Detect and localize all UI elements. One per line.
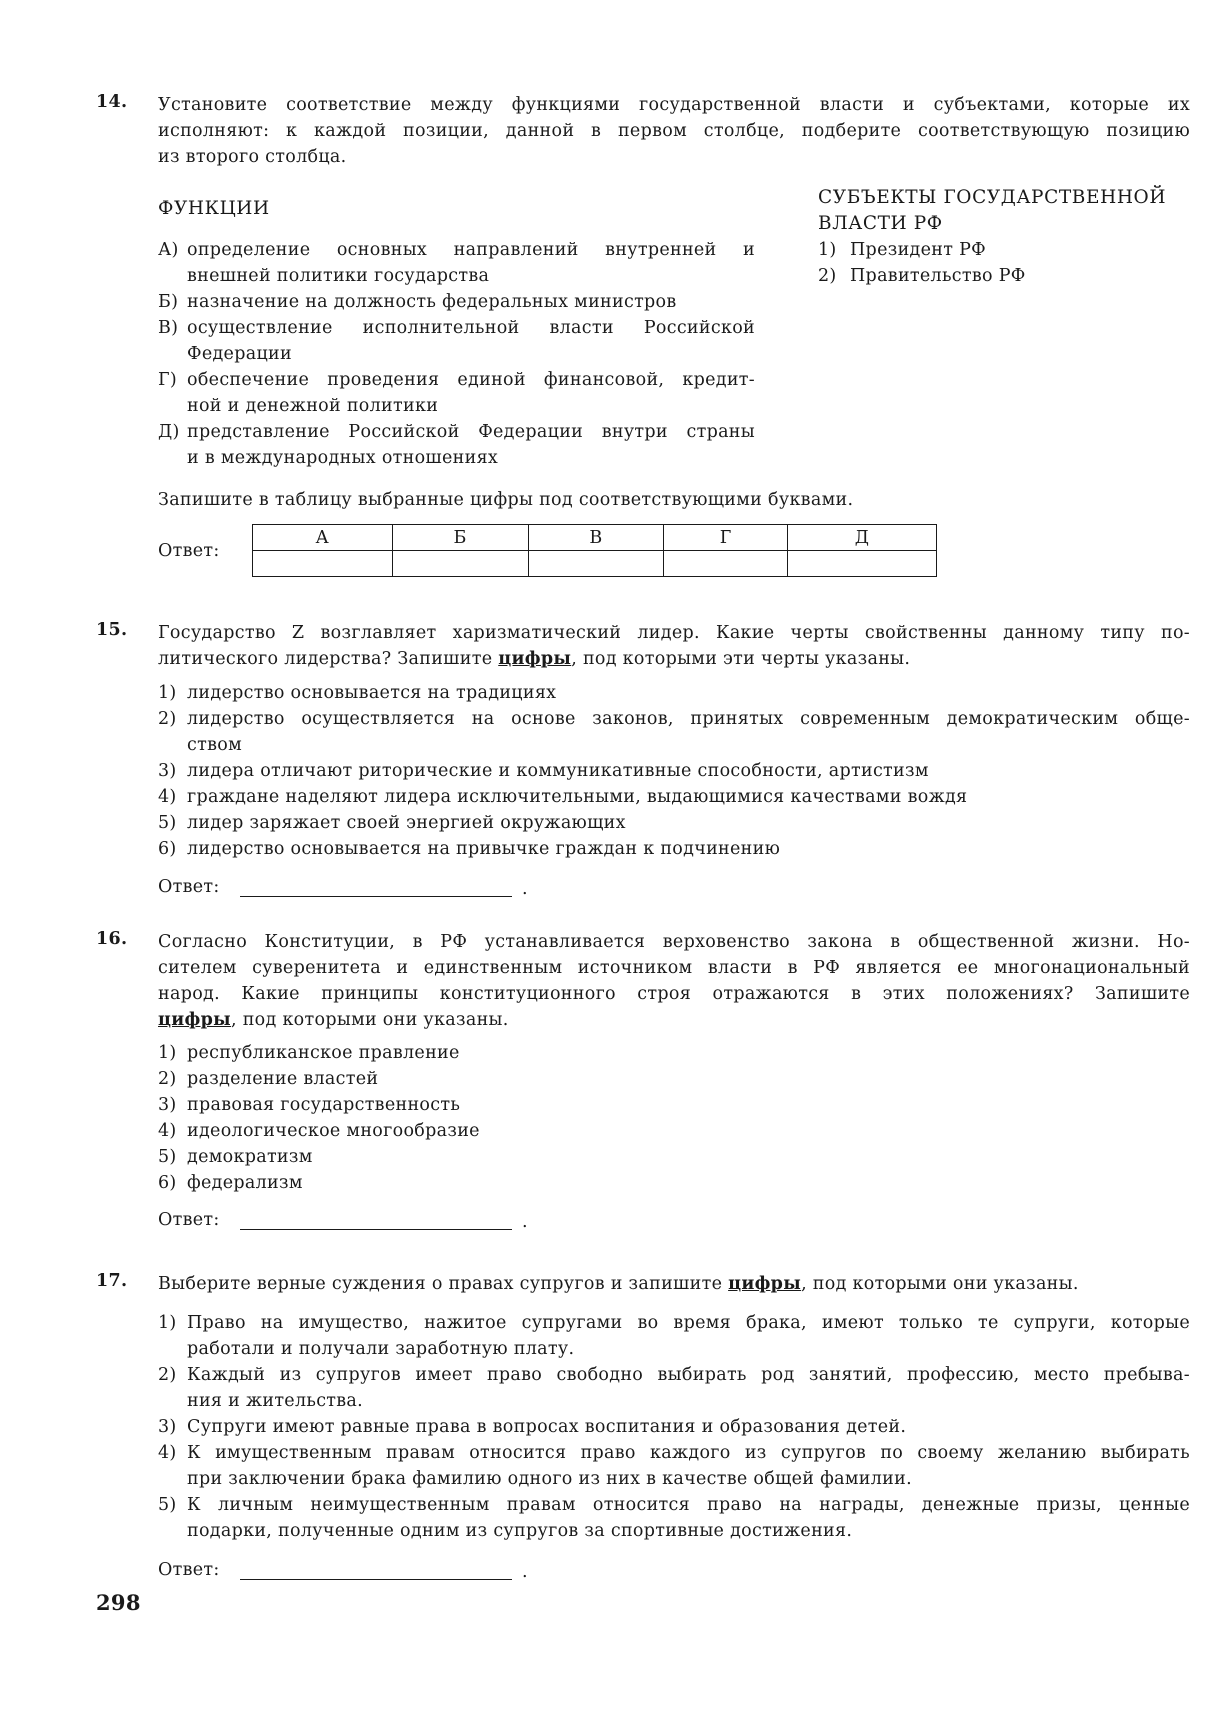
option-label: 1) <box>818 237 837 263</box>
option-text: работали и получали заработную плату. <box>187 1336 574 1362</box>
option-text: Супруги имеют равные права в вопросах во… <box>187 1414 906 1440</box>
table-header-cell: А <box>253 525 393 551</box>
option-text: демократизм <box>187 1144 313 1170</box>
question-text: Государство Z возглавляет харизматически… <box>158 620 1190 646</box>
answer-table: А Б В Г Д <box>252 524 937 577</box>
option-text: ния и жительства. <box>187 1388 363 1414</box>
answer-period: . <box>522 1209 528 1235</box>
question-number: 15. <box>96 620 127 640</box>
question-text: Согласно Конституции, в РФ устанавливает… <box>158 929 1190 955</box>
table-header-cell: Д <box>788 525 937 551</box>
option-label: 1) <box>158 1310 177 1336</box>
subjects-heading: СУБЪЕКТЫ ГОСУДАРСТВЕННОЙ <box>818 185 1166 211</box>
option-label: А) <box>158 237 179 263</box>
option-text: определение основных направлений внутрен… <box>187 237 755 263</box>
option-text: назначение на должность федеральных мини… <box>187 289 677 315</box>
question-text: цифры, под которыми они указаны. <box>158 1007 509 1033</box>
question-number: 16. <box>96 929 127 949</box>
option-label: Г) <box>158 367 177 393</box>
question-number: 17. <box>96 1271 127 1291</box>
emphasis-digits: цифры <box>158 1010 231 1030</box>
option-text: граждане наделяют лидера исключительными… <box>187 784 967 810</box>
functions-heading: ФУНКЦИИ <box>158 196 270 222</box>
option-text: К имущественным правам относится право к… <box>187 1440 1190 1466</box>
option-text: Каждый из супругов имеет право свободно … <box>187 1362 1190 1388</box>
option-text: обеспечение проведения единой финансовой… <box>187 367 755 393</box>
option-label: 2) <box>158 1066 177 1092</box>
option-text: федерализм <box>187 1170 303 1196</box>
question-text: сителем суверенитета и единственным исто… <box>158 955 1190 981</box>
option-text: правовая государственность <box>187 1092 460 1118</box>
option-text: ством <box>187 732 242 758</box>
page-number: 298 <box>96 1590 141 1615</box>
option-label: 2) <box>818 263 837 289</box>
option-text: представление Российской Федерации внутр… <box>187 419 755 445</box>
answer-label: Ответ: <box>158 1557 220 1583</box>
answer-cell-d[interactable] <box>788 551 937 577</box>
option-label: Б) <box>158 289 178 315</box>
answer-label: Ответ: <box>158 874 220 900</box>
option-label: 6) <box>158 836 177 862</box>
option-text: Правительство РФ <box>850 263 1026 289</box>
option-text: при заключении брака фамилию одного из н… <box>187 1466 912 1492</box>
emphasis-digits: цифры <box>498 649 571 669</box>
option-label: 4) <box>158 1118 177 1144</box>
question-text-part: Выберите верные суждения о правах супруг… <box>158 1274 728 1294</box>
answer-period: . <box>522 1559 528 1585</box>
answer-cell-g[interactable] <box>664 551 788 577</box>
answer-field[interactable] <box>240 1579 512 1580</box>
option-text: идеологическое многообразие <box>187 1118 480 1144</box>
option-text: лидер заряжает своей энергией окружающих <box>187 810 626 836</box>
option-text: осуществление исполнительной власти Росс… <box>187 315 755 341</box>
option-text: республиканское правление <box>187 1040 460 1066</box>
table-header-cell: В <box>528 525 664 551</box>
option-text: лидерство основывается на традициях <box>187 680 556 706</box>
question-number: 14. <box>96 92 127 112</box>
option-text: подарки, полученные одним из супругов за… <box>187 1518 852 1544</box>
option-label: 3) <box>158 1414 177 1440</box>
option-text: разделение властей <box>187 1066 378 1092</box>
question-text-part: , под которыми они указаны. <box>801 1274 1079 1294</box>
answer-cell-v[interactable] <box>528 551 664 577</box>
option-text: ной и денежной политики <box>187 393 438 419</box>
option-text: К личным неимущественным правам относитс… <box>187 1492 1190 1518</box>
option-label: 4) <box>158 784 177 810</box>
option-text: и в международных отношениях <box>187 445 498 471</box>
question-text: народ. Какие принципы конституционного с… <box>158 981 1190 1007</box>
option-label: 5) <box>158 1144 177 1170</box>
option-label: 5) <box>158 1492 177 1518</box>
answer-period: . <box>522 876 528 902</box>
answer-cell-a[interactable] <box>253 551 393 577</box>
answer-field[interactable] <box>240 896 512 897</box>
answer-table-header: А Б В Г Д <box>253 525 937 551</box>
question-text-part: литического лидерства? Запишите <box>158 649 498 669</box>
table-header-cell: Б <box>392 525 528 551</box>
answer-label: Ответ: <box>158 538 220 564</box>
option-label: 4) <box>158 1440 177 1466</box>
option-label: 1) <box>158 680 177 706</box>
question-text: литического лидерства? Запишите цифры, п… <box>158 646 910 672</box>
question-text: Выберите верные суждения о правах супруг… <box>158 1271 1079 1297</box>
option-text: Федерации <box>187 341 292 367</box>
question-text: из второго столбца. <box>158 144 346 170</box>
option-label: 3) <box>158 1092 177 1118</box>
option-label: 2) <box>158 706 177 732</box>
table-header-cell: Г <box>664 525 788 551</box>
option-label: 2) <box>158 1362 177 1388</box>
option-text: лидерство основывается на привычке гражд… <box>187 836 780 862</box>
option-label: В) <box>158 315 178 341</box>
table-instruction: Запишите в таблицу выбранные цифры под с… <box>158 487 853 513</box>
question-text: Установите соответствие между функциями … <box>158 92 1190 118</box>
option-text: лидера отличают риторические и коммуника… <box>187 758 929 784</box>
subjects-heading: ВЛАСТИ РФ <box>818 211 943 237</box>
emphasis-digits: цифры <box>728 1274 801 1294</box>
answer-cell-b[interactable] <box>392 551 528 577</box>
option-label: 6) <box>158 1170 177 1196</box>
question-text-part: , под которыми они указаны. <box>231 1010 509 1030</box>
question-text-part: , под которыми эти черты указаны. <box>571 649 910 669</box>
option-label: 1) <box>158 1040 177 1066</box>
option-label: 3) <box>158 758 177 784</box>
option-text: Президент РФ <box>850 237 986 263</box>
answer-field[interactable] <box>240 1229 512 1230</box>
option-label: 5) <box>158 810 177 836</box>
option-label: Д) <box>158 419 180 445</box>
answer-table-row <box>253 551 937 577</box>
option-text: внешней политики государства <box>187 263 489 289</box>
answer-label: Ответ: <box>158 1207 220 1233</box>
option-text: Право на имущество, нажитое супругами во… <box>187 1310 1190 1336</box>
question-text: исполняют: к каждой позиции, данной в пе… <box>158 118 1190 144</box>
option-text: лидерство осуществляется на основе закон… <box>187 706 1190 732</box>
